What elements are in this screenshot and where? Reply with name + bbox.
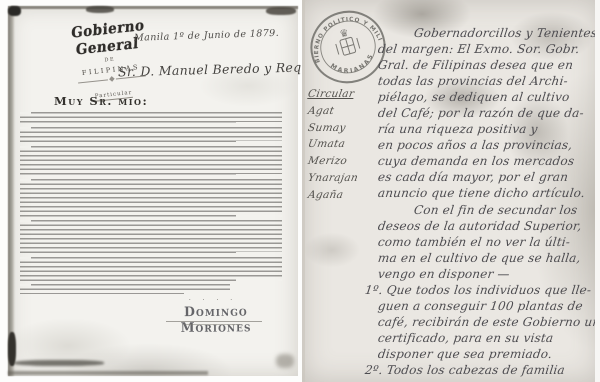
paper-stain: [266, 7, 296, 15]
handwritten-line: es cada día mayor, por el gran: [377, 169, 597, 185]
right-page-scan: GOBIERNO POLITICO Y MILITAR MARIANAS ♛ C…: [302, 0, 600, 382]
paper-torn-edge: [8, 371, 208, 375]
handwritten-line: vengo en disponer —: [377, 266, 597, 282]
handwritten-line: café, recibirán de este Gobierno un: [377, 314, 597, 330]
handwritten-line: Gobernadorcillos y Tenientes: [377, 25, 597, 41]
handwritten-line: cuya demanda en los mercados: [377, 153, 597, 169]
handwritten-line: 1º. Que todos los individuos que lle-: [364, 282, 597, 298]
margin-note: Umata: [307, 136, 380, 153]
margin-note: Circular: [307, 86, 380, 103]
handwritten-line: anuncio que tiene dicho artículo.: [377, 185, 597, 201]
handwritten-line: ría una riqueza positiva y: [377, 121, 597, 137]
handwritten-line: del margen: El Exmo. Sor. Gobr.: [377, 41, 597, 57]
handwritten-line: deseos de la autoridad Superior,: [377, 218, 597, 234]
handwritten-line: del Café; por la razón de que da-: [377, 105, 597, 121]
margin-notes-list: Circular Agat Sumay Umata Merizo Ynaraja…: [308, 86, 378, 204]
printed-body-text: [20, 112, 282, 297]
svg-text:MARIANAS: MARIANAS: [328, 51, 379, 81]
paper-torn-edge: [11, 6, 298, 9]
handwritten-line: como también el no ver la últi-: [377, 234, 597, 250]
letterhead: Gobierno General DE FILIPINAS Particular: [40, 15, 179, 106]
document-scan: Gobierno General DE FILIPINAS Particular…: [0, 0, 600, 382]
margin-note: Ynarajan: [307, 170, 380, 187]
handwritten-line: todas las provincias del Archi-: [377, 73, 597, 89]
printed-paragraph-texture: [20, 220, 282, 254]
stamp-arc-bottom-text: MARIANAS: [328, 51, 379, 81]
paper-stain: [14, 360, 104, 366]
printed-paragraph-texture: [20, 146, 282, 176]
margin-note: Agat: [307, 103, 380, 120]
signature-flourish: [166, 321, 262, 322]
handwritten-line: guen a conseguir 100 plantas de: [377, 298, 597, 314]
paper-stain: [86, 6, 114, 13]
handwritten-line: ma en el cultivo de que se halla,: [377, 250, 597, 266]
salutation: Muy Sr. mio:: [54, 94, 148, 108]
left-page-scan: Gobierno General DE FILIPINAS Particular…: [8, 6, 298, 376]
paper-stain: [276, 354, 294, 368]
printed-paragraph-texture: [20, 127, 282, 143]
handwritten-line: en pocos años a las provincias,: [377, 137, 597, 153]
handwritten-line: disponer que sea premiado.: [377, 346, 597, 362]
handwritten-line: piélago, se dediquen al cultivo: [377, 89, 597, 105]
margin-note: Agaña: [307, 187, 380, 204]
paper-stain: [8, 6, 21, 16]
printed-paragraph-texture: [20, 179, 282, 217]
printed-paragraph-texture: [20, 112, 282, 124]
margin-note: Merizo: [307, 153, 380, 170]
paper-torn-edge: [8, 6, 15, 376]
handwritten-line: Gral. de Filipinas desea que en: [377, 57, 597, 73]
signature-flourish: [184, 324, 240, 325]
printed-paragraph-texture: [20, 284, 230, 294]
handwritten-line: 2º. Todos los cabezas de familia: [364, 362, 597, 378]
signature: Domingo Moriones: [154, 303, 278, 336]
handwritten-body: Gobernadorcillos y Tenientes del margen:…: [378, 25, 596, 378]
handwritten-line: certificado, para en su vista: [377, 330, 597, 346]
handwritten-line: Con el fin de secundar los: [377, 202, 597, 218]
margin-note: Sumay: [307, 120, 380, 137]
printed-paragraph-texture: [20, 257, 282, 281]
shield-icon: [335, 36, 360, 57]
